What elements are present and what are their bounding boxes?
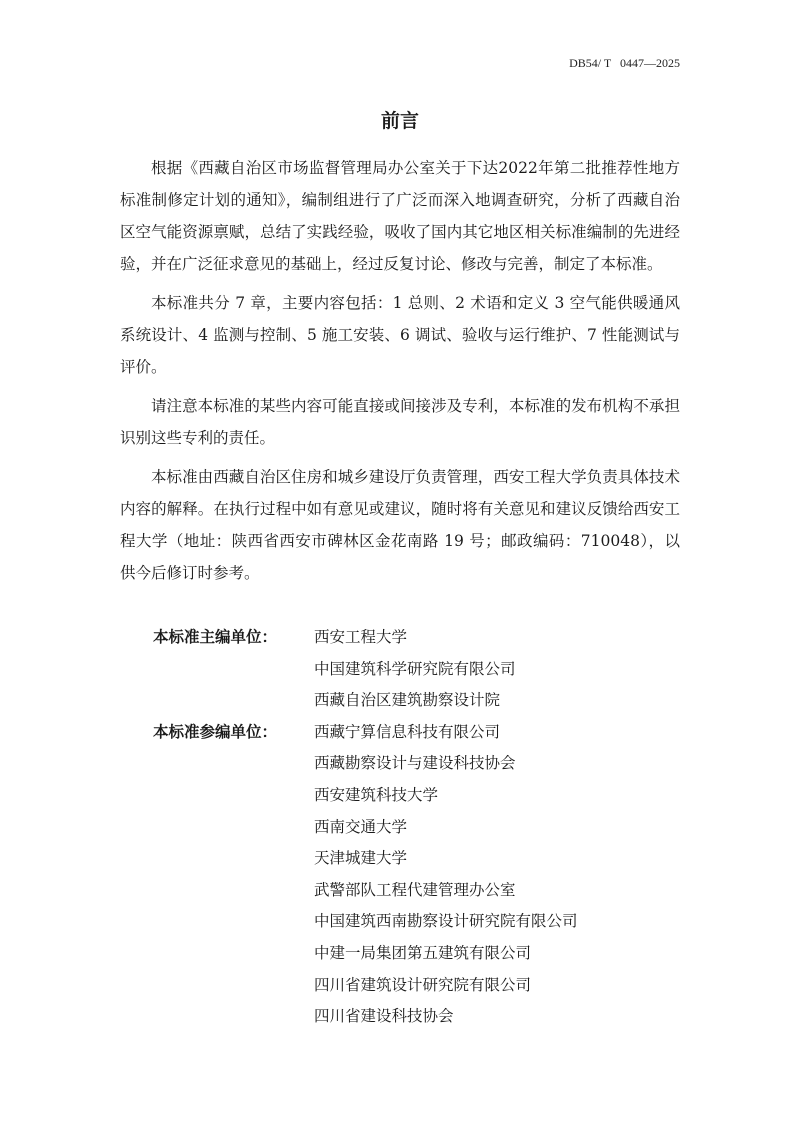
unit-item: 西藏自治区建筑勘察设计院 <box>314 685 516 717</box>
participating-units-list: 西藏宁算信息科技有限公司 西藏勘察设计与建设科技协会 西安建筑科技大学 西南交通… <box>314 717 578 1033</box>
participating-units-label: 本标准参编单位： <box>153 717 314 1033</box>
paragraph-background: 根据《西藏自治区市场监督管理局办公室关于下达2022年第二批推荐性地方标准制修定… <box>120 152 680 280</box>
paragraph-patent-notice: 请注意本标准的某些内容可能直接或间接涉及专利，本标准的发布机构不承担识别这些专利… <box>120 390 680 454</box>
chief-units-group: 本标准主编单位： 西安工程大学 中国建筑科学研究院有限公司 西藏自治区建筑勘察设… <box>153 622 653 717</box>
unit-item: 武警部队工程代建管理办公室 <box>314 875 578 907</box>
unit-item: 西藏勘察设计与建设科技协会 <box>314 748 578 780</box>
chief-units-list: 西安工程大学 中国建筑科学研究院有限公司 西藏自治区建筑勘察设计院 <box>314 622 516 717</box>
unit-item: 中建一局集团第五建筑有限公司 <box>314 938 578 970</box>
title-char: 言 <box>400 110 439 132</box>
preface-body: 根据《西藏自治区市场监督管理局办公室关于下达2022年第二批推荐性地方标准制修定… <box>120 152 680 596</box>
page-title: 前言 <box>0 106 800 133</box>
unit-item: 西安工程大学 <box>314 622 516 654</box>
unit-item: 四川省建设科技协会 <box>314 1001 578 1033</box>
unit-item: 天津城建大学 <box>314 843 578 875</box>
unit-item: 中国建筑西南勘察设计研究院有限公司 <box>314 906 578 938</box>
paragraph-contents: 本标准共分 7 章，主要内容包括：1 总则、2 术语和定义 3 空气能供暖通风系… <box>120 287 680 383</box>
unit-item: 西安建筑科技大学 <box>314 780 578 812</box>
paragraph-administration: 本标准由西藏自治区住房和城乡建设厅负责管理，西安工程大学负责具体技术内容的解释。… <box>120 461 680 589</box>
unit-item: 西藏宁算信息科技有限公司 <box>314 717 578 749</box>
document-code: DB54/ T 0447—2025 <box>569 56 680 71</box>
participating-units-group: 本标准参编单位： 西藏宁算信息科技有限公司 西藏勘察设计与建设科技协会 西安建筑… <box>153 717 653 1033</box>
chief-units-label: 本标准主编单位： <box>153 622 314 717</box>
drafting-units: 本标准主编单位： 西安工程大学 中国建筑科学研究院有限公司 西藏自治区建筑勘察设… <box>153 622 653 1033</box>
unit-item: 西南交通大学 <box>314 812 578 844</box>
unit-item: 四川省建筑设计研究院有限公司 <box>314 970 578 1002</box>
unit-item: 中国建筑科学研究院有限公司 <box>314 654 516 686</box>
